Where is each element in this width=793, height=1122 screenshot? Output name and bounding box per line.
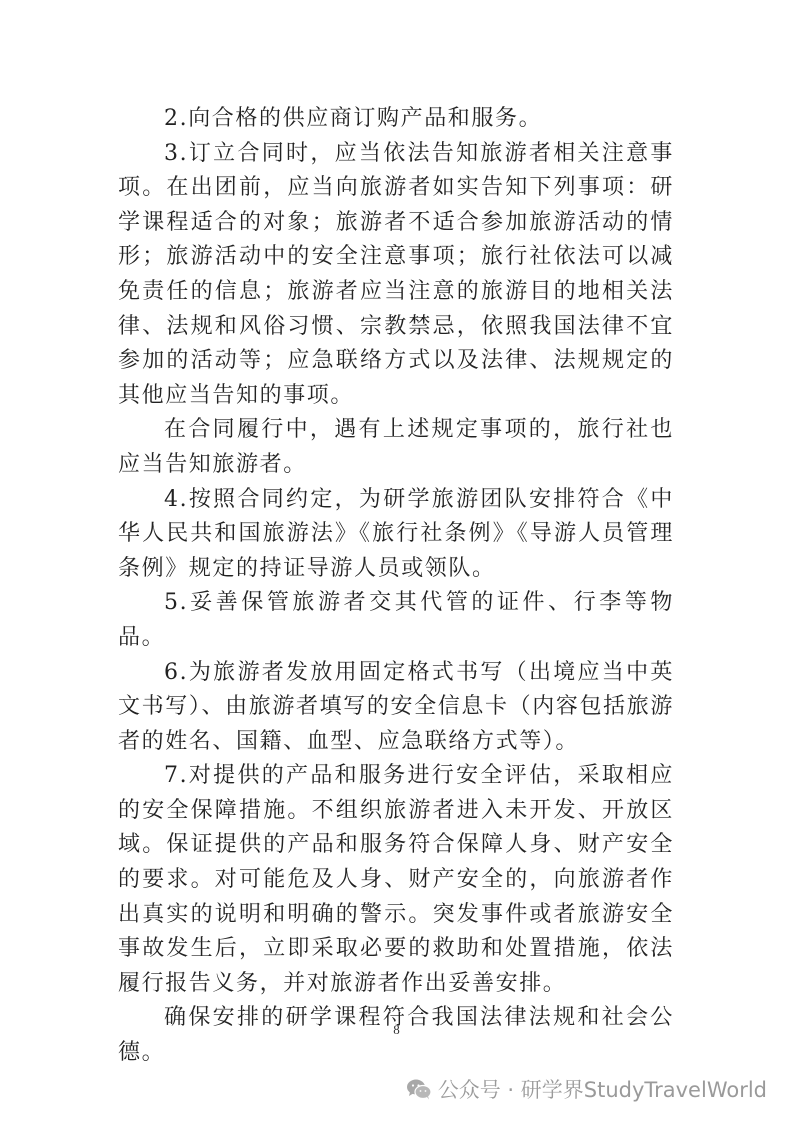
paragraph-item-4: 4.按照合同约定，为研学旅游团队安排符合《中华人民共和国旅游法》《旅行社条例》《… <box>118 483 674 587</box>
paragraph-item-2: 2.向合格的供应商订购产品和服务。 <box>118 102 674 137</box>
paragraph-item-7: 7.对提供的产品和服务进行安全评估，采取相应的安全保障措施。不组织旅游者进入未开… <box>118 759 674 1001</box>
document-body: 2.向合格的供应商订购产品和服务。 3.订立合同时，应当依法告知旅游者相关注意事… <box>118 102 674 1071</box>
page-number: 8 <box>0 1022 793 1038</box>
paragraph-contract-performance: 在合同履行中，遇有上述规定事项的，旅行社也应当告知旅游者。 <box>118 413 674 482</box>
paragraph-item-3: 3.订立合同时，应当依法告知旅游者相关注意事项。在出团前，应当向旅游者如实告知下… <box>118 137 674 414</box>
watermark-text: 公众号 · 研学界StudyTravelWorld <box>438 1074 767 1104</box>
watermark: 公众号 · 研学界StudyTravelWorld <box>406 1074 767 1104</box>
wechat-icon <box>406 1078 432 1100</box>
paragraph-item-6: 6.为旅游者发放用固定格式书写（出境应当中英文书写）、由旅游者填写的安全信息卡（… <box>118 656 674 760</box>
paragraph-item-5: 5.妥善保管旅游者交其代管的证件、行李等物品。 <box>118 586 674 655</box>
